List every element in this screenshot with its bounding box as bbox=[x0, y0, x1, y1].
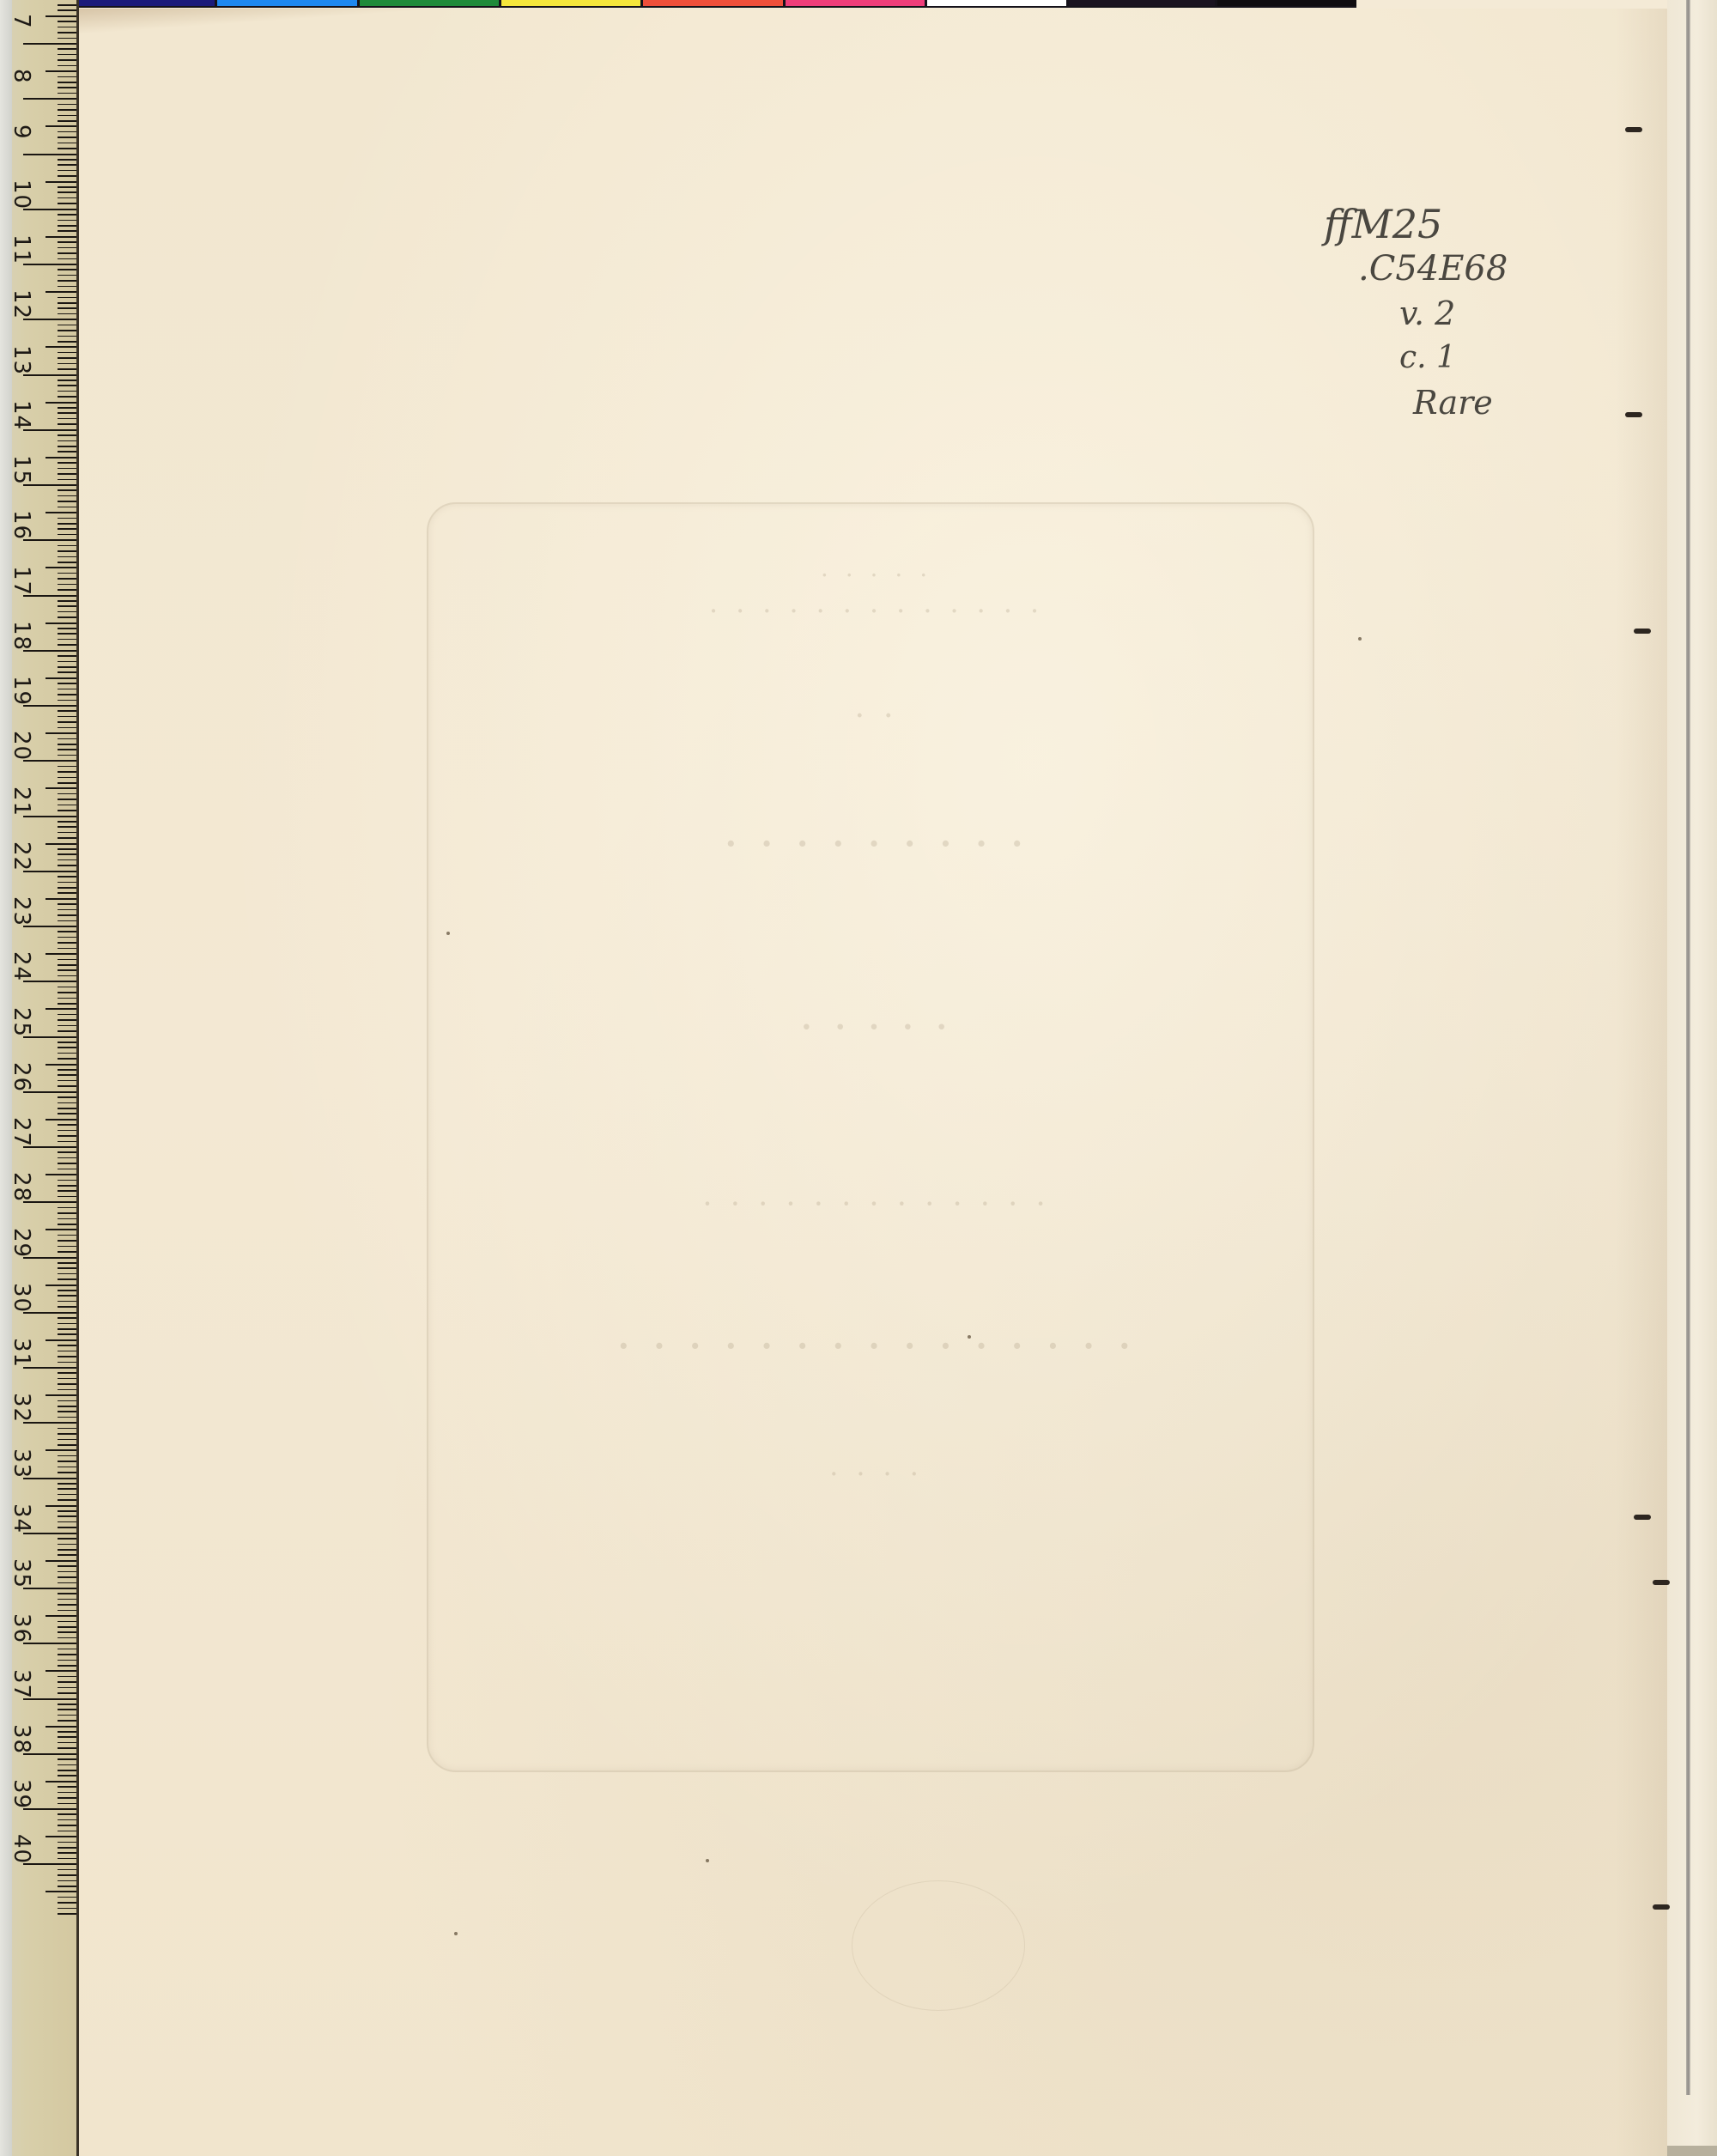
show-through-line: · · · · · · · · · bbox=[428, 822, 1313, 865]
ruler-label: 13 bbox=[9, 345, 34, 380]
ruler-tick bbox=[58, 357, 76, 359]
ruler-tick bbox=[58, 501, 76, 502]
ruler-tick bbox=[58, 633, 76, 635]
ruler-tick bbox=[58, 639, 76, 641]
binding-spine bbox=[1667, 0, 1717, 2156]
ruler-tick bbox=[58, 1731, 76, 1733]
ruler-tick bbox=[58, 1797, 76, 1799]
ruler-tick bbox=[58, 1433, 76, 1435]
ruler-tick bbox=[58, 744, 76, 745]
ruler-tick bbox=[58, 1764, 76, 1766]
ruler-label: 25 bbox=[9, 1007, 34, 1042]
ruler-tick bbox=[58, 1014, 76, 1016]
ruler-label: 24 bbox=[9, 951, 34, 986]
ruler-label: 31 bbox=[9, 1338, 34, 1372]
ruler-tick bbox=[58, 4, 76, 6]
ruler-tick bbox=[58, 661, 76, 663]
ruler-label: 29 bbox=[9, 1228, 34, 1262]
ruler-tick bbox=[58, 1852, 76, 1854]
ruler-tick bbox=[46, 1615, 76, 1617]
show-through-line: · · · · · · · · · · · · · · · bbox=[428, 1324, 1313, 1368]
ruler-tick bbox=[58, 225, 76, 227]
ruler-tick bbox=[58, 302, 76, 304]
color-swatch bbox=[501, 0, 640, 6]
ruler-tick bbox=[58, 1085, 76, 1087]
ruler-tick bbox=[58, 1494, 76, 1496]
ruler-tick bbox=[58, 446, 76, 447]
stitch-hole bbox=[1625, 412, 1642, 417]
ruler-label: 34 bbox=[9, 1503, 34, 1538]
ruler-label: 18 bbox=[9, 621, 34, 655]
ruler-tick bbox=[58, 352, 76, 354]
ruler-label: 39 bbox=[9, 1779, 34, 1813]
ruler-tick bbox=[58, 1704, 76, 1705]
ruler-tick bbox=[58, 1610, 76, 1612]
ruler-tick bbox=[58, 749, 76, 750]
ruler-tick bbox=[58, 1913, 76, 1915]
ruler-tick bbox=[58, 694, 76, 695]
ruler-tick bbox=[58, 220, 76, 222]
ruler-tick bbox=[58, 1770, 76, 1771]
ruler-tick bbox=[58, 1681, 76, 1683]
ruler-tick bbox=[58, 363, 76, 365]
ruler-tick bbox=[58, 1576, 76, 1578]
ruler-tick bbox=[58, 1461, 76, 1462]
color-swatch bbox=[360, 0, 499, 6]
ruler-label: 30 bbox=[9, 1283, 34, 1317]
ruler-tick bbox=[58, 1141, 76, 1143]
volume-line: v. 2 bbox=[1324, 291, 1508, 336]
ruler-tick bbox=[58, 1378, 76, 1380]
ruler-tick bbox=[58, 755, 76, 756]
color-swatch bbox=[643, 0, 782, 6]
ruler-tick bbox=[58, 1190, 76, 1192]
color-swatch bbox=[927, 0, 1066, 6]
ruler-tick bbox=[58, 1747, 76, 1749]
ruler-tick bbox=[58, 286, 76, 288]
ruler-tick bbox=[58, 1169, 76, 1170]
ruler-tick bbox=[58, 1467, 76, 1468]
ruler-tick bbox=[58, 1488, 76, 1490]
ruler-tick bbox=[58, 479, 76, 481]
ruler-label: 19 bbox=[9, 676, 34, 710]
ruler-tick bbox=[58, 396, 76, 398]
ruler-tick bbox=[58, 998, 76, 999]
ruler-tick bbox=[58, 666, 76, 668]
ruler-tick bbox=[58, 837, 76, 839]
ruler-tick bbox=[58, 611, 76, 613]
ruler-tick bbox=[46, 1449, 76, 1451]
ruler-tick bbox=[58, 368, 76, 370]
ruler-tick bbox=[58, 1637, 76, 1639]
ruler-tick bbox=[46, 898, 76, 900]
ruler-tick bbox=[58, 616, 76, 618]
ruler-tick bbox=[58, 959, 76, 961]
ruler-tick bbox=[58, 1880, 76, 1882]
ruler-tick bbox=[58, 1080, 76, 1082]
foxing-speck bbox=[706, 1859, 709, 1862]
ruler-tick bbox=[58, 275, 76, 276]
ruler-tick bbox=[58, 143, 76, 144]
ruler-tick bbox=[58, 1273, 76, 1275]
ruler-tick bbox=[58, 1102, 76, 1104]
ruler-tick bbox=[58, 1047, 76, 1048]
ruler-tick bbox=[58, 556, 76, 558]
ruler-tick bbox=[46, 1339, 76, 1341]
ruler-tick bbox=[46, 1064, 76, 1066]
ruler-tick bbox=[58, 523, 76, 525]
ruler-tick bbox=[58, 1108, 76, 1109]
ruler-tick bbox=[58, 727, 76, 729]
ruler-tick bbox=[58, 32, 76, 33]
ruler-tick bbox=[58, 385, 76, 386]
ruler-tick bbox=[58, 48, 76, 50]
ruler-tick bbox=[58, 175, 76, 177]
ruler-label: 36 bbox=[9, 1613, 34, 1648]
ruler-tick bbox=[58, 1847, 76, 1849]
ruler-tick bbox=[58, 1207, 76, 1209]
ruler-tick bbox=[58, 1235, 76, 1236]
ruler-tick bbox=[58, 1301, 76, 1303]
ruler-tick bbox=[58, 1792, 76, 1794]
ruler-tick bbox=[58, 655, 76, 657]
ruler-tick bbox=[58, 186, 76, 188]
ruler-tick bbox=[58, 584, 76, 586]
ruler-label: 26 bbox=[9, 1062, 34, 1096]
show-through-line: · · bbox=[428, 701, 1313, 731]
stitch-hole bbox=[1625, 127, 1642, 132]
ruler-tick bbox=[58, 1908, 76, 1910]
ruler-tick bbox=[58, 1742, 76, 1744]
call-number-line: .C54E68 bbox=[1324, 246, 1508, 291]
color-swatch bbox=[1217, 0, 1356, 6]
ruler-tick bbox=[58, 1626, 76, 1628]
ruler-tick bbox=[58, 1665, 76, 1667]
ruler-tick bbox=[58, 853, 76, 855]
ruler-tick bbox=[58, 1521, 76, 1523]
ruler-tick bbox=[58, 1290, 76, 1291]
ruler-tick bbox=[58, 473, 76, 475]
ruler-tick bbox=[58, 600, 76, 602]
ruler-tick bbox=[58, 76, 76, 78]
ruler-tick bbox=[58, 671, 76, 673]
ruler-tick bbox=[58, 914, 76, 916]
ruler-label: 12 bbox=[9, 289, 34, 324]
ruler-tick bbox=[58, 1278, 76, 1280]
ruler-tick bbox=[58, 1775, 76, 1776]
ruler-label: 14 bbox=[9, 400, 34, 434]
ruler-tick bbox=[58, 258, 76, 260]
ruler-tick bbox=[58, 1565, 76, 1567]
ruler-tick bbox=[58, 1411, 76, 1412]
ruler-tick bbox=[58, 578, 76, 580]
ruler-tick bbox=[58, 1842, 76, 1843]
color-swatch bbox=[786, 0, 925, 6]
ruler-tick bbox=[58, 1455, 76, 1457]
ruler-tick bbox=[58, 1328, 76, 1330]
ruler-tick bbox=[58, 766, 76, 768]
ruler-tick bbox=[58, 137, 76, 138]
ruler-tick bbox=[58, 1858, 76, 1860]
ruler-tick bbox=[58, 434, 76, 436]
ruler-tick bbox=[46, 125, 76, 127]
show-through-line: · · · · · · · · · · · · · bbox=[428, 598, 1313, 624]
ruler-tick bbox=[58, 1654, 76, 1655]
ruler-label: 16 bbox=[9, 510, 34, 544]
ruler-tick bbox=[46, 1670, 76, 1672]
ruler-tick bbox=[58, 689, 76, 690]
ruler-tick bbox=[58, 573, 76, 574]
document-page: · · · · · · · · · · · · · · · · · · · · … bbox=[79, 9, 1667, 2156]
ruler-tick bbox=[58, 738, 76, 740]
ruler-tick bbox=[46, 953, 76, 955]
ruler-tick bbox=[58, 1267, 76, 1269]
ruler-tick bbox=[58, 1317, 76, 1319]
ruler-tick bbox=[46, 70, 76, 72]
ruler-tick bbox=[58, 1400, 76, 1402]
ruler-tick bbox=[46, 843, 76, 845]
ruler-tick bbox=[58, 197, 76, 199]
ruler-tick bbox=[58, 93, 76, 94]
ruler-tick bbox=[58, 489, 76, 491]
ruler-tick bbox=[58, 1515, 76, 1517]
ruler-tick bbox=[58, 628, 76, 629]
ruler-tick bbox=[58, 821, 76, 823]
ruler-tick bbox=[58, 170, 76, 172]
ruler-tick bbox=[58, 297, 76, 299]
ruler-tick bbox=[58, 518, 76, 519]
ruler-tick bbox=[46, 457, 76, 459]
ruler-tick bbox=[58, 1389, 76, 1391]
ruler-tick bbox=[46, 1174, 76, 1175]
ruler-tick bbox=[58, 589, 76, 591]
ruler-tick bbox=[58, 109, 76, 111]
ruler-tick bbox=[58, 1869, 76, 1871]
ruler-tick bbox=[46, 1836, 76, 1837]
ruler-tick bbox=[58, 252, 76, 254]
ruler-tick bbox=[58, 82, 76, 83]
ruler-tick bbox=[58, 1715, 76, 1716]
ruler-tick bbox=[58, 230, 76, 232]
ruler-tick bbox=[58, 1406, 76, 1407]
ruler-tick bbox=[58, 799, 76, 800]
show-through-line: · · · · · · · · · · · · · bbox=[428, 1191, 1313, 1218]
ruler-tick bbox=[58, 507, 76, 508]
ruler-tick bbox=[58, 909, 76, 911]
ruler-tick bbox=[58, 1295, 76, 1297]
stitch-hole bbox=[1653, 1904, 1670, 1910]
ruler-tick bbox=[58, 468, 76, 470]
ruler-tick bbox=[58, 1631, 76, 1633]
ruler-tick bbox=[46, 623, 76, 624]
ruler-tick bbox=[58, 280, 76, 282]
ruler-label: 9 bbox=[9, 125, 34, 159]
ruler-tick bbox=[58, 412, 76, 414]
ruler-tick bbox=[58, 1113, 76, 1114]
ruler-label: 23 bbox=[9, 896, 34, 931]
ruler-tick bbox=[58, 325, 76, 326]
ruler-tick bbox=[46, 291, 76, 293]
ruler-tick bbox=[58, 1135, 76, 1137]
ruler-tick bbox=[58, 710, 76, 712]
ruler-tick bbox=[58, 21, 76, 22]
ruler-label: 11 bbox=[9, 234, 34, 269]
ruler-tick bbox=[58, 528, 76, 530]
ruler-tick bbox=[58, 1003, 76, 1005]
ruler-tick bbox=[58, 793, 76, 795]
ruler-tick bbox=[58, 1042, 76, 1043]
ruler-tick bbox=[58, 1185, 76, 1187]
ruler-tick bbox=[58, 1825, 76, 1826]
stitch-hole bbox=[1653, 1580, 1670, 1585]
ruler-tick bbox=[58, 1030, 76, 1032]
ruler-tick bbox=[58, 148, 76, 149]
ruler-tick bbox=[58, 1058, 76, 1060]
ruler-tick bbox=[46, 1119, 76, 1121]
ruler-tick bbox=[58, 1803, 76, 1805]
ruler-tick bbox=[58, 1813, 76, 1815]
call-number-line: ffM25 bbox=[1324, 202, 1508, 246]
ruler-tick bbox=[58, 1786, 76, 1788]
ruler-tick bbox=[58, 1758, 76, 1760]
ruler-tick bbox=[46, 512, 76, 513]
ruler-tick bbox=[58, 495, 76, 497]
ruler-tick bbox=[58, 407, 76, 409]
ruler-tick bbox=[58, 313, 76, 315]
ruler-tick bbox=[58, 1692, 76, 1694]
ruler-tick bbox=[58, 805, 76, 806]
ruler-tick bbox=[46, 236, 76, 238]
ruler-tick bbox=[58, 1831, 76, 1832]
foxing-speck bbox=[446, 932, 450, 935]
ruler-tick bbox=[58, 1372, 76, 1374]
ruler-tick bbox=[46, 1505, 76, 1507]
ruler-tick bbox=[46, 1394, 76, 1396]
stitch-hole bbox=[1634, 1515, 1651, 1520]
ruler-tick bbox=[58, 1130, 76, 1132]
ruler-tick bbox=[58, 1124, 76, 1126]
ruler-label: 8 bbox=[9, 69, 34, 103]
ruler-tick bbox=[46, 1560, 76, 1562]
rare-line: Rare bbox=[1324, 380, 1508, 425]
ruler-label: 15 bbox=[9, 455, 34, 489]
ruler-tick bbox=[46, 567, 76, 568]
ruler-tick bbox=[58, 1345, 76, 1346]
ruler-tick bbox=[58, 1428, 76, 1430]
ruler-tick bbox=[58, 1709, 76, 1710]
ruler-tick bbox=[58, 1660, 76, 1661]
ruler-label: 17 bbox=[9, 566, 34, 600]
ruler-tick bbox=[58, 1096, 76, 1098]
ruler-tick bbox=[58, 1582, 76, 1584]
ruler-tick bbox=[58, 865, 76, 866]
show-through-line: · · · · bbox=[428, 1461, 1313, 1487]
ruler-tick bbox=[58, 336, 76, 337]
ruler-tick bbox=[58, 1151, 76, 1153]
ruler-tick bbox=[58, 1439, 76, 1441]
ruler-tick bbox=[58, 903, 76, 905]
ruler-tick bbox=[58, 1819, 76, 1821]
ruler-tick bbox=[58, 1886, 76, 1887]
ruler-tick bbox=[58, 1544, 76, 1546]
color-swatch bbox=[1069, 0, 1214, 6]
ruler-tick bbox=[58, 777, 76, 779]
ruler-tick bbox=[58, 1736, 76, 1738]
ruler-tick bbox=[58, 1180, 76, 1181]
ruler-tick bbox=[58, 391, 76, 392]
ruler-tick bbox=[46, 346, 76, 348]
ruler-tick bbox=[58, 59, 76, 61]
ruler-tick bbox=[58, 1483, 76, 1485]
ruler-tick bbox=[58, 1074, 76, 1076]
ruler-tick bbox=[58, 605, 76, 607]
ruler-tick bbox=[58, 1676, 76, 1678]
foxing-speck bbox=[454, 1932, 458, 1935]
ruler-tick bbox=[58, 247, 76, 249]
ruler-tick bbox=[58, 987, 76, 988]
ruler-tick bbox=[58, 545, 76, 547]
stitch-hole bbox=[1634, 629, 1651, 634]
ruler-label: 40 bbox=[9, 1834, 34, 1868]
ruler-tick bbox=[58, 1053, 76, 1054]
ruler-tick bbox=[58, 104, 76, 106]
ruler-tick bbox=[58, 1621, 76, 1623]
ruler-tick bbox=[58, 1333, 76, 1335]
ruler-tick bbox=[58, 1897, 76, 1898]
ruler-tick bbox=[58, 423, 76, 425]
ruler-tick bbox=[58, 1720, 76, 1722]
ruler-tick bbox=[58, 1571, 76, 1573]
ruler-tick bbox=[58, 716, 76, 718]
ruler-tick bbox=[46, 787, 76, 789]
ruler-tick bbox=[58, 1351, 76, 1352]
ruler-tick bbox=[46, 1008, 76, 1010]
ruler-tick bbox=[58, 120, 76, 122]
ruler-tick bbox=[58, 1246, 76, 1248]
ruler-tick bbox=[58, 562, 76, 563]
ruler-tick bbox=[58, 859, 76, 861]
foxing-speck bbox=[1358, 637, 1362, 641]
copy-line: c. 1 bbox=[1324, 336, 1508, 380]
ruler-tick bbox=[58, 54, 76, 56]
ruler-tick bbox=[58, 330, 76, 331]
ruler-tick bbox=[58, 1549, 76, 1551]
ruler-label: 20 bbox=[9, 731, 34, 765]
ruler-tick bbox=[58, 1019, 76, 1021]
ruler-label: 27 bbox=[9, 1117, 34, 1151]
ruler-tick bbox=[58, 159, 76, 161]
ruler-tick bbox=[58, 920, 76, 922]
ruler-tick bbox=[58, 826, 76, 828]
ruler-tick bbox=[58, 1025, 76, 1027]
ruler-label: 38 bbox=[9, 1724, 34, 1758]
ruler-tick bbox=[58, 1599, 76, 1600]
ruler-tick bbox=[58, 1444, 76, 1446]
ruler-tick bbox=[58, 848, 76, 850]
ruler-tick bbox=[58, 164, 76, 166]
blind-stamp-impression bbox=[852, 1880, 1025, 2011]
ruler-tick bbox=[58, 269, 76, 270]
ruler-tick bbox=[58, 1163, 76, 1164]
ruler-tick bbox=[58, 1323, 76, 1325]
binding-seam bbox=[1686, 0, 1690, 2095]
ruler-tick bbox=[58, 131, 76, 133]
ruler-tick bbox=[58, 1356, 76, 1357]
ruler-tick bbox=[58, 38, 76, 39]
ruler-tick bbox=[58, 214, 76, 216]
ruler-tick bbox=[58, 1240, 76, 1242]
ruler-tick bbox=[58, 810, 76, 811]
